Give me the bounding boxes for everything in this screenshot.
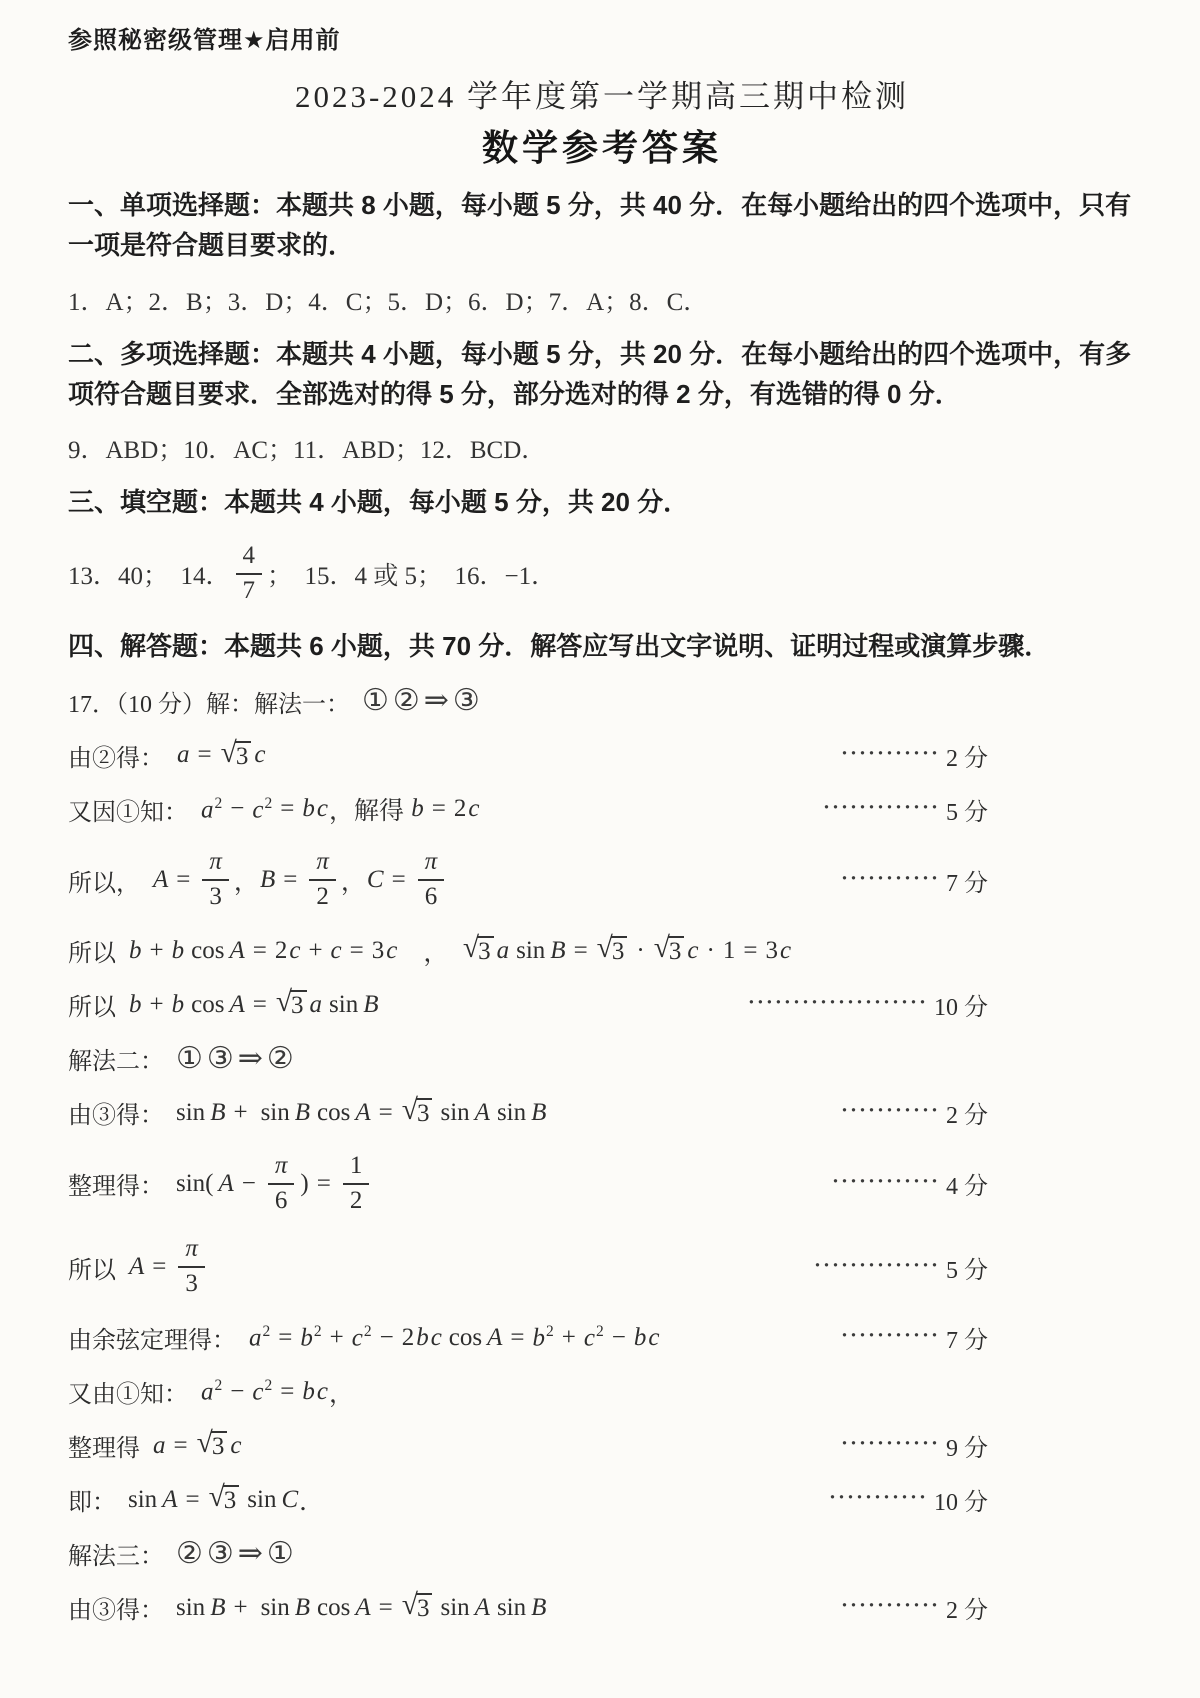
math-variable: b [411,795,424,823]
math-variable: A [229,991,244,1019]
math-variable: A [219,1170,234,1198]
function-name: sin [261,1099,290,1127]
function-name: sin [516,937,545,965]
radicand: 3 [211,1431,228,1460]
math-operator: + [308,937,322,965]
math-operator: = [198,741,212,769]
math-variable: B [210,1594,225,1622]
line-label: 整理得 [68,1428,140,1463]
math-operator: = [280,795,294,823]
power-base: a [201,796,214,823]
math-expression: 1．A；2．B；3．D；4．C；5．D；6．D；7．A；8．C． [68,282,708,318]
solution-line: 所以，A=π3，B=π2，C=π6···········7 分 [68,848,1136,912]
power-exponent: 2 [364,1323,372,1340]
function-name: sin [440,1099,469,1127]
math-variable: A [475,1099,490,1127]
math-operator: = [253,991,267,1019]
math-variable: c [230,1432,241,1460]
solution-line: 由②得：a=√3c···········2 分 [68,736,1136,774]
math-expression: ①②⇒③ [362,686,484,716]
math-expression: a=√3c [152,1431,242,1461]
power-expression: c2 [252,1377,272,1406]
answers-line: 9．ABD；10．AC；11．ABD；12．BCD． [68,430,1136,466]
math-operator: = [185,1486,199,1514]
answers-line: 1．A；2．B；3．D；4．C；5．D；6．D；7．A；8．C． [68,282,1136,318]
radical-sign: √ [402,1096,418,1126]
math-variable: a [310,991,323,1019]
solution-line: 所以A=π3··············5 分 [68,1235,1136,1299]
math-variable: A [153,866,168,894]
function-name: cos [191,937,224,965]
math-fraction: π3 [178,1235,205,1299]
solution-line: 整理得：sin(A−π6)=12············4 分 [68,1152,1136,1216]
score-label: 10 分 [934,1482,988,1517]
power-expression: c2 [584,1323,604,1352]
dotted-leader: ············ [832,1169,940,1194]
line-label: 所以 [68,1250,116,1285]
solution-line: 17．（10 分）解：解法一：①②⇒③ [68,682,1136,720]
function-name: sin [261,1594,290,1622]
math-variable: A [162,1486,177,1514]
math-variable: B [550,937,565,965]
line-label: 由③得： [68,1095,164,1130]
math-variable: a [497,937,510,965]
solution-line: 又由①知：a2−c2=bc， [68,1373,1136,1411]
number: 3 [372,937,385,965]
power-base: a [201,1378,214,1405]
chinese-text: ， [341,862,366,898]
math-variable: b [129,937,142,965]
dotted-leader: ··········· [841,1323,940,1348]
math-variable: A [475,1594,490,1622]
solution-line: 所以b+bcosA=√3asinB····················10 … [68,986,1136,1024]
chinese-text: ， [234,862,259,898]
fraction-denominator: 7 [243,575,256,606]
radicand: 3 [668,936,685,965]
radical-sign: √ [654,934,670,964]
power-base: c [584,1324,595,1351]
solution-line: 由③得：sinB+sinBcosA=√3sinAsinB···········2… [68,1094,1136,1132]
function-name: sin [247,1486,276,1514]
function-name: sin [440,1594,469,1622]
dotted-leader: ············· [823,795,940,820]
math-operator: = [574,937,588,965]
power-exponent: 2 [263,1323,271,1340]
square-root: √3 [463,936,494,966]
solution-line: 整理得a=√3c···········9 分 [68,1427,1136,1465]
score-label: 2 分 [946,1590,988,1625]
math-operator: + [150,991,164,1019]
function-name: sin [497,1099,526,1127]
chinese-text: ； 15．4 或 5； 16．−1． [267,556,556,592]
power-base: c [252,796,263,823]
section-heading: 三、填空题：本题共 4 小题，每小题 5 分，共 20 分． [68,482,1136,522]
radicand: 3 [416,1593,433,1622]
fraction-numerator: π [418,848,445,881]
dotted-leader: ··········· [841,741,940,766]
function-name: sin [176,1594,205,1622]
math-variable: B [295,1594,310,1622]
square-root: √3 [276,990,307,1020]
math-operator: − [380,1324,394,1352]
power-expression: a2 [249,1323,270,1352]
function-name: cos [317,1594,350,1622]
score-label: 2 分 [946,738,988,773]
function-name: sin [176,1099,205,1127]
math-operator: + [233,1594,247,1622]
radical-sign: √ [197,1429,213,1459]
math-expression: A=π3 [128,1235,210,1299]
fraction-numerator: π [202,848,229,881]
math-variable: b [302,1378,315,1406]
number: 2 [402,1324,415,1352]
chinese-text: ， [398,933,461,969]
math-operator: − [612,1324,626,1352]
power-exponent: 2 [264,1377,272,1394]
line-label: 又因①知： [68,792,188,827]
math-expression: sinA=√3sinC． [128,1482,324,1518]
number: ) [300,1170,308,1198]
chinese-text: 1．A；2．B；3．D；4．C；5．D；6．D；7．A；8．C． [68,282,708,318]
math-variable: c [317,1378,328,1406]
number: 1 [723,937,736,965]
function-name: sin( [176,1170,214,1198]
math-variable: A [229,937,244,965]
solution-line: 解法三：②③⇒① [68,1535,1136,1573]
square-root: √3 [654,936,685,966]
square-root: √3 [221,741,252,771]
math-operator: = [510,1324,524,1352]
math-expression: b+bcosA=2c+c=3c ， √3asinB=√3·√3c·1=3c [128,933,792,969]
radicand: 3 [611,936,628,965]
chinese-text: ， [329,1374,354,1410]
power-base: c [352,1324,363,1351]
math-expression: ②③⇒① [176,1539,298,1569]
fraction-numerator: π [268,1152,295,1185]
radical-sign: √ [463,934,479,964]
math-operator: + [330,1324,344,1352]
math-expression: a2−c2=bc，解得 b=2c [200,791,480,827]
radicand: 3 [416,1098,433,1127]
math-expression: sin(A−π6)=12 [176,1152,374,1216]
square-root: √3 [197,1431,228,1461]
fraction-numerator: 1 [343,1152,370,1185]
square-root: √3 [402,1593,433,1623]
score-label: 4 分 [946,1166,988,1201]
power-exponent: 2 [596,1323,604,1340]
radicand: 3 [477,936,494,965]
document-body: 一、单项选择题：本题共 8 小题，每小题 5 分，共 40 分．在每小题给出的四… [68,185,1136,1627]
math-variable: a [177,741,190,769]
math-variable: b [634,1324,647,1352]
chinese-text: ． [299,1482,324,1518]
circled-numbers: ①③⇒② [176,1044,298,1074]
math-variable: A [355,1594,370,1622]
dotted-leader: ··········· [841,1098,940,1123]
square-root: √3 [597,936,628,966]
radicand: 3 [290,990,307,1019]
square-root: √3 [402,1098,433,1128]
function-name: sin [497,1594,526,1622]
score-label: 5 分 [946,792,988,827]
radical-sign: √ [597,934,613,964]
power-base: a [249,1324,262,1351]
score-label: 5 分 [946,1250,988,1285]
fraction-denominator: 6 [275,1185,288,1216]
line-label: 即： [68,1482,116,1517]
page-title: 数学参考答案 [68,120,1136,171]
fraction-denominator: 3 [185,1268,198,1299]
math-variable: B [531,1594,546,1622]
fraction-numerator: π [178,1235,205,1268]
line-label: 所以 [68,987,116,1022]
math-operator: − [242,1170,256,1198]
line-label: 又由①知： [68,1374,188,1409]
math-variable: c [780,937,791,965]
line-label: 17．（10 分）解：解法一： [68,684,350,719]
math-fraction: 12 [343,1152,370,1216]
line-label: 解法三： [68,1536,164,1571]
power-expression: a2 [201,1377,222,1406]
section-heading: 二、多项选择题：本题共 4 小题，每小题 5 分，共 20 分．在每小题给出的四… [68,334,1136,415]
fraction-denominator: 3 [209,881,222,912]
math-expression: 9．ABD；10．AC；11．ABD；12．BCD． [68,430,546,466]
solution-line: 即：sinA=√3sinC．···········10 分 [68,1481,1136,1519]
score-label: 9 分 [946,1428,988,1463]
math-variable: c [331,937,342,965]
power-base: c [252,1378,263,1405]
math-operator: = [174,1432,188,1460]
line-label: 由余弦定理得： [68,1320,236,1355]
score-label: 10 分 [934,987,988,1022]
function-name: cos [191,991,224,1019]
math-expression: a2−c2=bc， [200,1374,354,1410]
math-variable: C [281,1486,298,1514]
number: 2 [275,937,288,965]
solution-line: 所以b+bcosA=2c+c=3c ， √3asinB=√3·√3c·1=3c [68,932,1136,970]
exam-title: 2023-2024 学年度第一学期高三期中检测 [68,71,1136,116]
power-expression: c2 [352,1323,372,1352]
line-label: 整理得： [68,1166,164,1201]
math-expression: b+bcosA=√3asinB [128,990,380,1020]
math-variable: A [487,1324,502,1352]
chinese-text: 13．40； 14． [68,556,231,592]
function-name: cos [317,1099,350,1127]
math-fraction: π3 [202,848,229,912]
math-expression: a=√3c [176,741,266,771]
radicand: 3 [223,1485,240,1514]
section-heading: 四、解答题：本题共 6 小题，共 70 分．解答应写出文字说明、证明过程或演算步… [68,626,1136,666]
math-operator: · [636,937,644,965]
fraction-denominator: 6 [425,881,438,912]
fraction-denominator: 2 [350,1185,363,1216]
line-label: 所以 [68,933,116,968]
math-expression: sinB+sinBcosA=√3sinAsinB [176,1593,547,1623]
math-variable: C [367,866,384,894]
math-variable: b [416,1324,429,1352]
power-base: b [533,1324,546,1351]
solution-line: 解法二：①③⇒② [68,1040,1136,1078]
math-operator: + [562,1324,576,1352]
math-operator: = [253,937,267,965]
math-variable: B [363,991,378,1019]
line-label: 所以， [68,863,140,898]
math-variable: a [153,1432,166,1460]
math-variable: c [648,1324,659,1352]
power-expression: c2 [252,795,272,824]
function-name: cos [449,1324,482,1352]
math-variable: B [210,1099,225,1127]
math-variable: b [172,937,185,965]
fraction-numerator: 4 [236,542,263,575]
math-variable: c [431,1324,442,1352]
power-exponent: 2 [215,795,223,812]
classification-notice: 参照秘密级管理★启用前 [68,20,1136,55]
math-operator: = [379,1099,393,1127]
radicand: 3 [235,741,252,770]
power-base: b [300,1324,313,1351]
math-variable: c [468,795,479,823]
math-operator: = [317,1170,331,1198]
math-variable: B [531,1099,546,1127]
dotted-leader: ··········· [841,866,940,891]
dotted-leader: ··········· [841,1431,940,1456]
chinese-text: ，解得 [329,791,410,827]
score-label: 7 分 [946,1320,988,1355]
dotted-leader: ···················· [748,990,928,1015]
math-variable: B [260,866,275,894]
math-expression: ①③⇒② [176,1044,298,1074]
solution-line: 由③得：sinB+sinBcosA=√3sinAsinB···········2… [68,1589,1136,1627]
answers-line: 13．40； 14．47； 15．4 或 5； 16．−1． [68,542,1136,606]
function-name: sin [128,1486,157,1514]
line-label: 由②得： [68,738,164,773]
math-variable: A [129,1253,144,1281]
math-operator: = [280,1378,294,1406]
math-operator: · [707,937,715,965]
dotted-leader: ·············· [814,1253,940,1278]
number: 3 [765,937,778,965]
math-variable: c [317,795,328,823]
circled-numbers: ②③⇒① [176,1539,298,1569]
power-exponent: 2 [264,795,272,812]
math-operator: = [743,937,757,965]
math-variable: b [302,795,315,823]
math-variable: c [687,937,698,965]
power-expression: b2 [533,1323,554,1352]
power-exponent: 2 [546,1323,554,1340]
math-variable: b [129,991,142,1019]
line-label: 解法二： [68,1041,164,1076]
math-expression: 13．40； 14．47； 15．4 或 5； 16．−1． [68,542,556,606]
power-exponent: 2 [314,1323,322,1340]
math-fraction: π6 [418,848,445,912]
math-operator: = [432,795,446,823]
radical-sign: √ [276,988,292,1018]
dotted-leader: ··········· [841,1593,940,1618]
number: 2 [454,795,467,823]
math-variable: A [355,1099,370,1127]
power-expression: b2 [300,1323,321,1352]
math-variable: c [386,937,397,965]
section-heading: 一、单项选择题：本题共 8 小题，每小题 5 分，共 40 分．在每小题给出的四… [68,185,1136,266]
chinese-text: 9．ABD；10．AC；11．ABD；12．BCD． [68,430,546,466]
fraction-numerator: π [309,848,336,881]
dotted-leader: ··········· [829,1485,928,1510]
math-fraction: π2 [309,848,336,912]
exam-answer-sheet-page: 参照秘密级管理★启用前 2023-2024 学年度第一学期高三期中检测 数学参考… [0,0,1200,1698]
math-operator: = [392,866,406,894]
math-operator: − [230,1378,244,1406]
math-operator: = [283,866,297,894]
line-label: 由③得： [68,1590,164,1625]
math-expression: A=π3，B=π2，C=π6 [152,848,449,912]
radical-sign: √ [221,739,237,769]
math-operator: = [278,1324,292,1352]
solution-line: 由余弦定理得：a2=b2+c2−2bccosA=b2+c2−bc········… [68,1319,1136,1357]
fraction-denominator: 2 [316,881,329,912]
math-variable: c [254,741,265,769]
solution-line: 又因①知：a2−c2=bc，解得 b=2c·············5 分 [68,790,1136,828]
math-expression: sinB+sinBcosA=√3sinAsinB [176,1098,547,1128]
square-root: √3 [209,1485,240,1515]
function-name: sin [329,991,358,1019]
math-operator: + [233,1099,247,1127]
math-operator: = [379,1594,393,1622]
math-operator: + [150,937,164,965]
math-operator: = [176,866,190,894]
power-exponent: 2 [215,1377,223,1394]
math-fraction: π6 [268,1152,295,1216]
score-label: 2 分 [946,1095,988,1130]
math-operator: − [230,795,244,823]
math-operator: = [152,1253,166,1281]
math-expression: a2=b2+c2−2bccosA=b2+c2−bc [248,1323,660,1352]
math-variable: b [172,991,185,1019]
circled-numbers: ①②⇒③ [362,686,484,716]
math-variable: B [295,1099,310,1127]
math-variable: c [289,937,300,965]
radical-sign: √ [402,1591,418,1621]
math-operator: = [350,937,364,965]
radical-sign: √ [209,1483,225,1513]
power-expression: a2 [201,795,222,824]
math-fraction: 47 [236,542,263,606]
score-label: 7 分 [946,863,988,898]
